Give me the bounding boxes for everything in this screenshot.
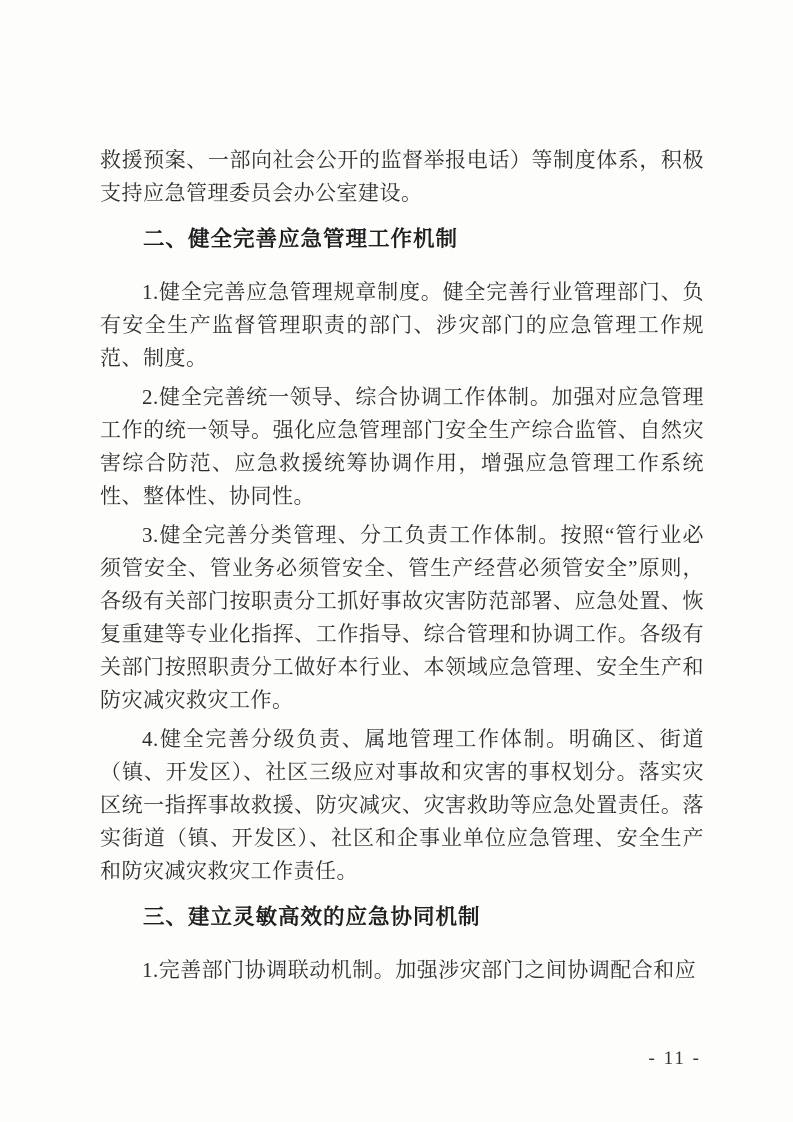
section-two-paragraph-1: 1.健全完善应急管理规章制度。健全完善行业管理部门、负有安全生产监督管理职责的部… [100, 276, 704, 375]
page-number: - 11 - [649, 1048, 701, 1070]
continuation-paragraph: 救援预案、一部向社会公开的监督举报电话）等制度体系，积极支持应急管理委员会办公室… [100, 144, 704, 210]
section-two-paragraph-2: 2.健全完善统一领导、综合协调工作体制。加强对应急管理工作的统一领导。强化应急管… [100, 381, 704, 513]
document-page: 救援预案、一部向社会公开的监督举报电话）等制度体系，积极支持应急管理委员会办公室… [0, 0, 793, 1122]
document-body: 救援预案、一部向社会公开的监督举报电话）等制度体系，积极支持应急管理委员会办公室… [100, 144, 704, 993]
section-three-paragraph-1: 1.完善部门协调联动机制。加强涉灾部门之间协调配合和应 [100, 954, 704, 987]
section-heading-three: 三、建立灵敏高效的应急协同机制 [100, 901, 704, 934]
section-two-paragraph-4: 4.健全完善分级负责、属地管理工作体制。明确区、街道（镇、开发区）、社区三级应对… [100, 723, 704, 888]
section-two-paragraph-3: 3.健全完善分类管理、分工负责工作体制。按照“管行业必须管安全、管业务必须管安全… [100, 519, 704, 717]
section-heading-two: 二、健全完善应急管理工作机制 [100, 223, 704, 256]
